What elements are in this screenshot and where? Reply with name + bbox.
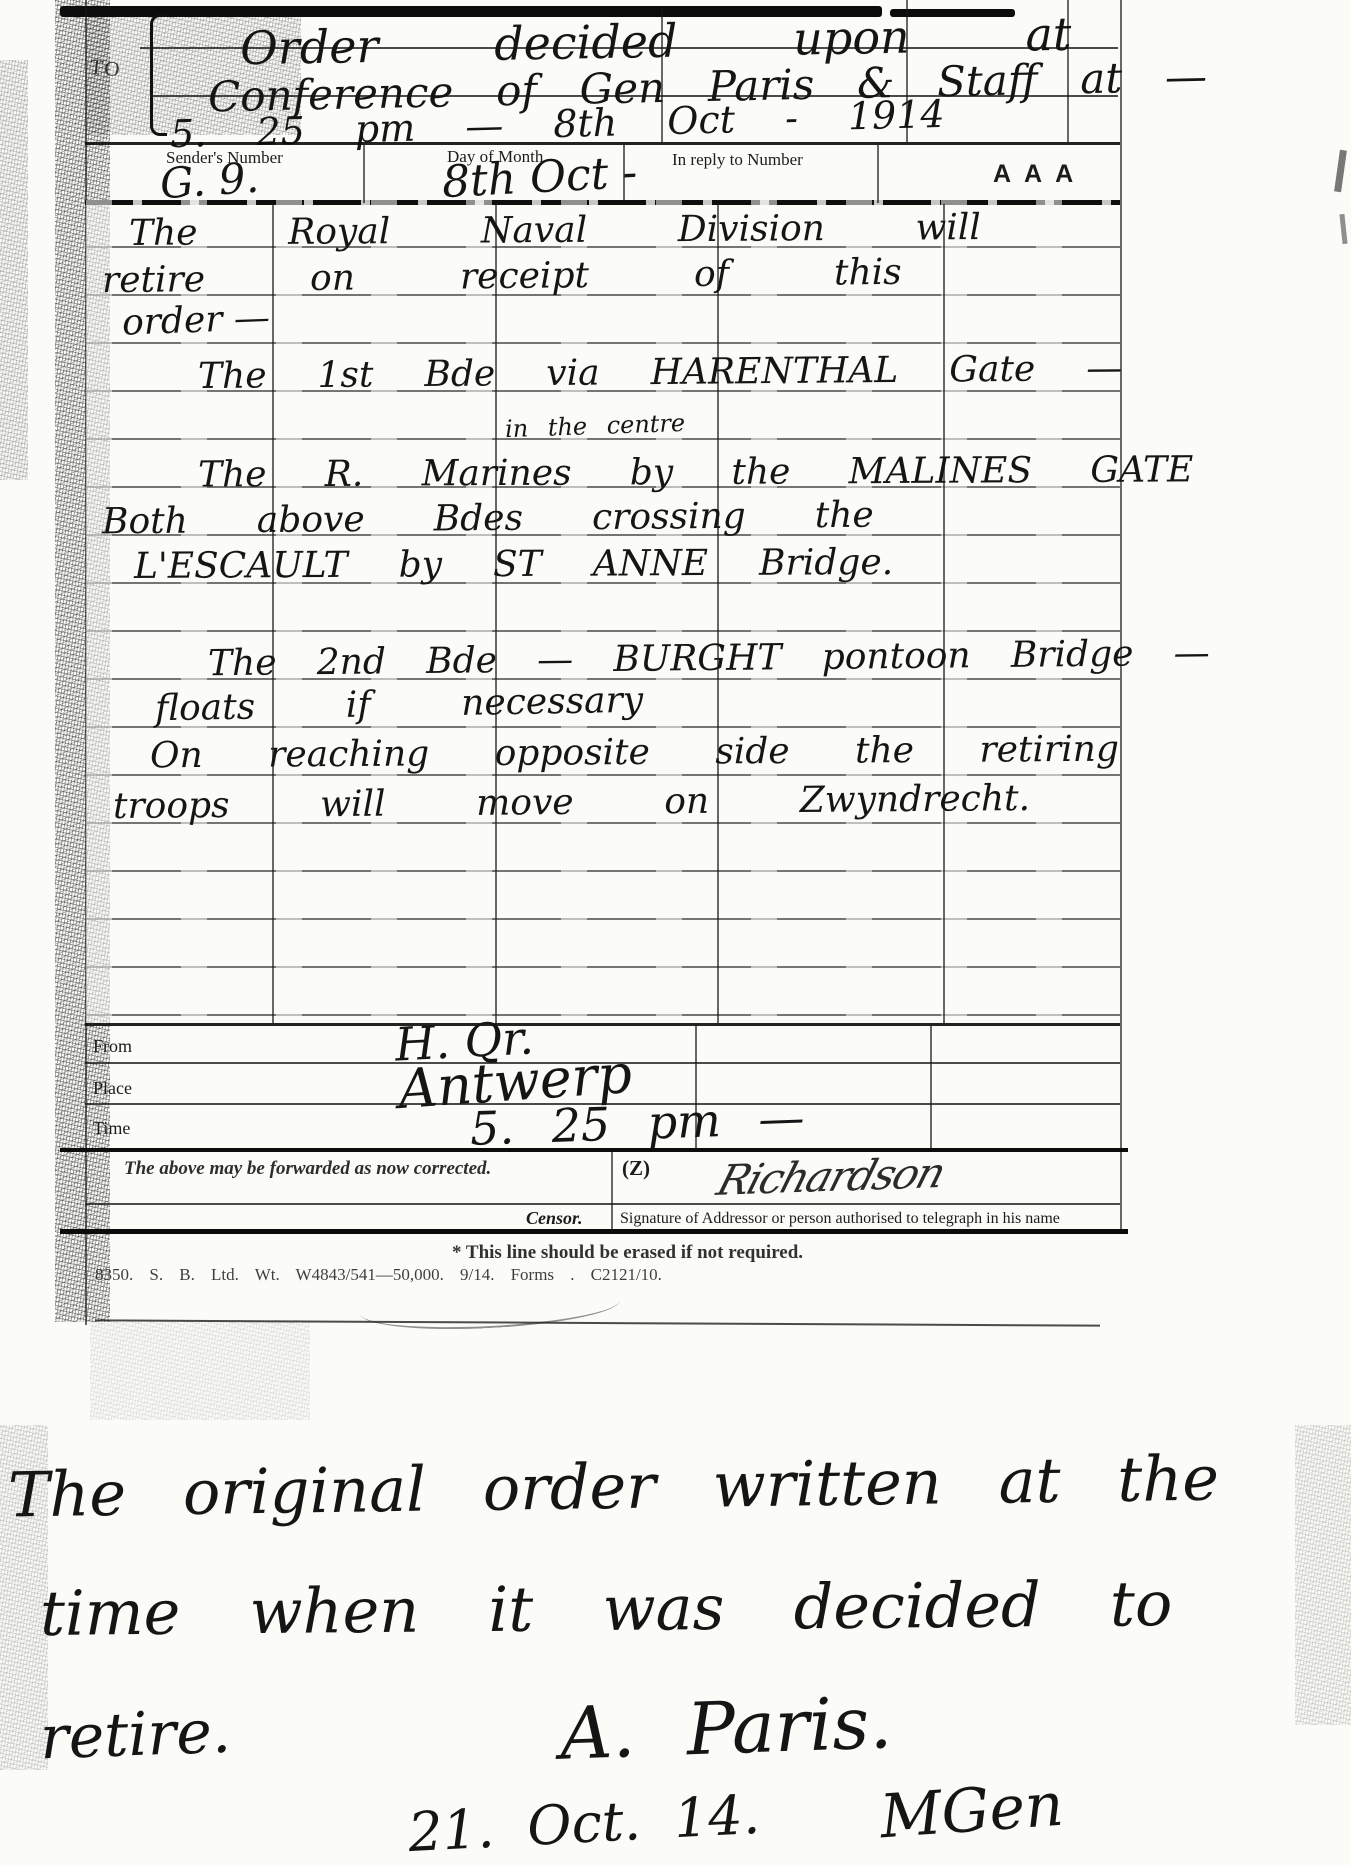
scan-mark-right-edge	[1334, 150, 1347, 193]
to-label: TO	[89, 54, 123, 82]
time-value: 5. 25 pm —	[469, 1090, 805, 1156]
form-right-border	[1120, 0, 1122, 1232]
censor-label: Censor.	[526, 1208, 583, 1229]
message-line: L'ESCAULT by ST ANNE Bridge.	[134, 542, 893, 587]
annotation-date: 21. Oct. 14.	[407, 1783, 762, 1864]
origin-top-line	[85, 1023, 1120, 1026]
message-line: The 1st Bde via HARENTHAL Gate —	[198, 348, 1123, 397]
message-line: The R. Marines by the MALINES GATE	[198, 449, 1194, 495]
message-line: floats if necessary	[155, 680, 644, 730]
scanned-message-form-page: TO Order decided upon at Conference of G…	[0, 0, 1351, 1865]
scan-noise-below-form	[90, 1320, 310, 1420]
scan-noise-annotation-right	[1295, 1425, 1351, 1725]
message-line: order —	[121, 297, 270, 343]
scan-noise-page-edge	[0, 60, 28, 480]
stray-pen-mark	[359, 1279, 621, 1335]
footer-heavy-line	[60, 1229, 1128, 1234]
from-label: From	[93, 1036, 132, 1057]
column-line	[943, 204, 945, 1023]
column-line	[495, 204, 497, 1023]
forward-note: The above may be forwarded as now correc…	[124, 1158, 491, 1180]
in-reply-label: In reply to Number	[672, 150, 803, 170]
annotation-rank: MGen	[878, 1770, 1066, 1853]
day-of-month-value: 8th Oct -	[441, 147, 639, 208]
message-line: retire on receipt of this	[102, 252, 902, 301]
rule-line	[85, 1203, 1120, 1205]
annotation-line: time when it was decided to	[40, 1567, 1173, 1650]
message-line: Both above Bdes crossing the	[102, 495, 874, 543]
signature-authorised-label: Signature of Addressor or person authori…	[620, 1210, 1120, 1228]
message-line: The Royal Naval Division will	[129, 207, 981, 254]
origin-bottom-line	[60, 1148, 1128, 1152]
column-line	[877, 145, 879, 203]
column-line	[272, 204, 274, 1023]
aaa-code: AAA	[993, 160, 1086, 189]
annotation-line: The original order written at the	[8, 1442, 1220, 1532]
message-line: On reaching opposite side the retiring	[150, 729, 1119, 777]
erase-note: * This line should be erased if not requ…	[452, 1242, 803, 1264]
annotation-signature: A. Paris.	[559, 1680, 894, 1776]
column-line	[717, 204, 719, 1023]
column-line	[363, 145, 365, 203]
place-label: Place	[93, 1078, 132, 1099]
censor-signature: Richardson	[712, 1148, 950, 1205]
address-bracket	[150, 14, 167, 136]
z-mark: (Z)	[622, 1156, 650, 1181]
header-top-line	[85, 142, 1120, 145]
time-label: Time	[93, 1118, 130, 1139]
scan-mark-right-edge-2	[1339, 214, 1347, 244]
message-line: troops will move on Zwyndrecht.	[113, 778, 1030, 827]
annotation-line: retire.	[39, 1697, 232, 1774]
column-line	[611, 1152, 613, 1230]
column-line	[930, 1026, 932, 1148]
form-imprint: 8350. S. B. Ltd. Wt. W4843/541—50,000. 9…	[95, 1265, 662, 1285]
